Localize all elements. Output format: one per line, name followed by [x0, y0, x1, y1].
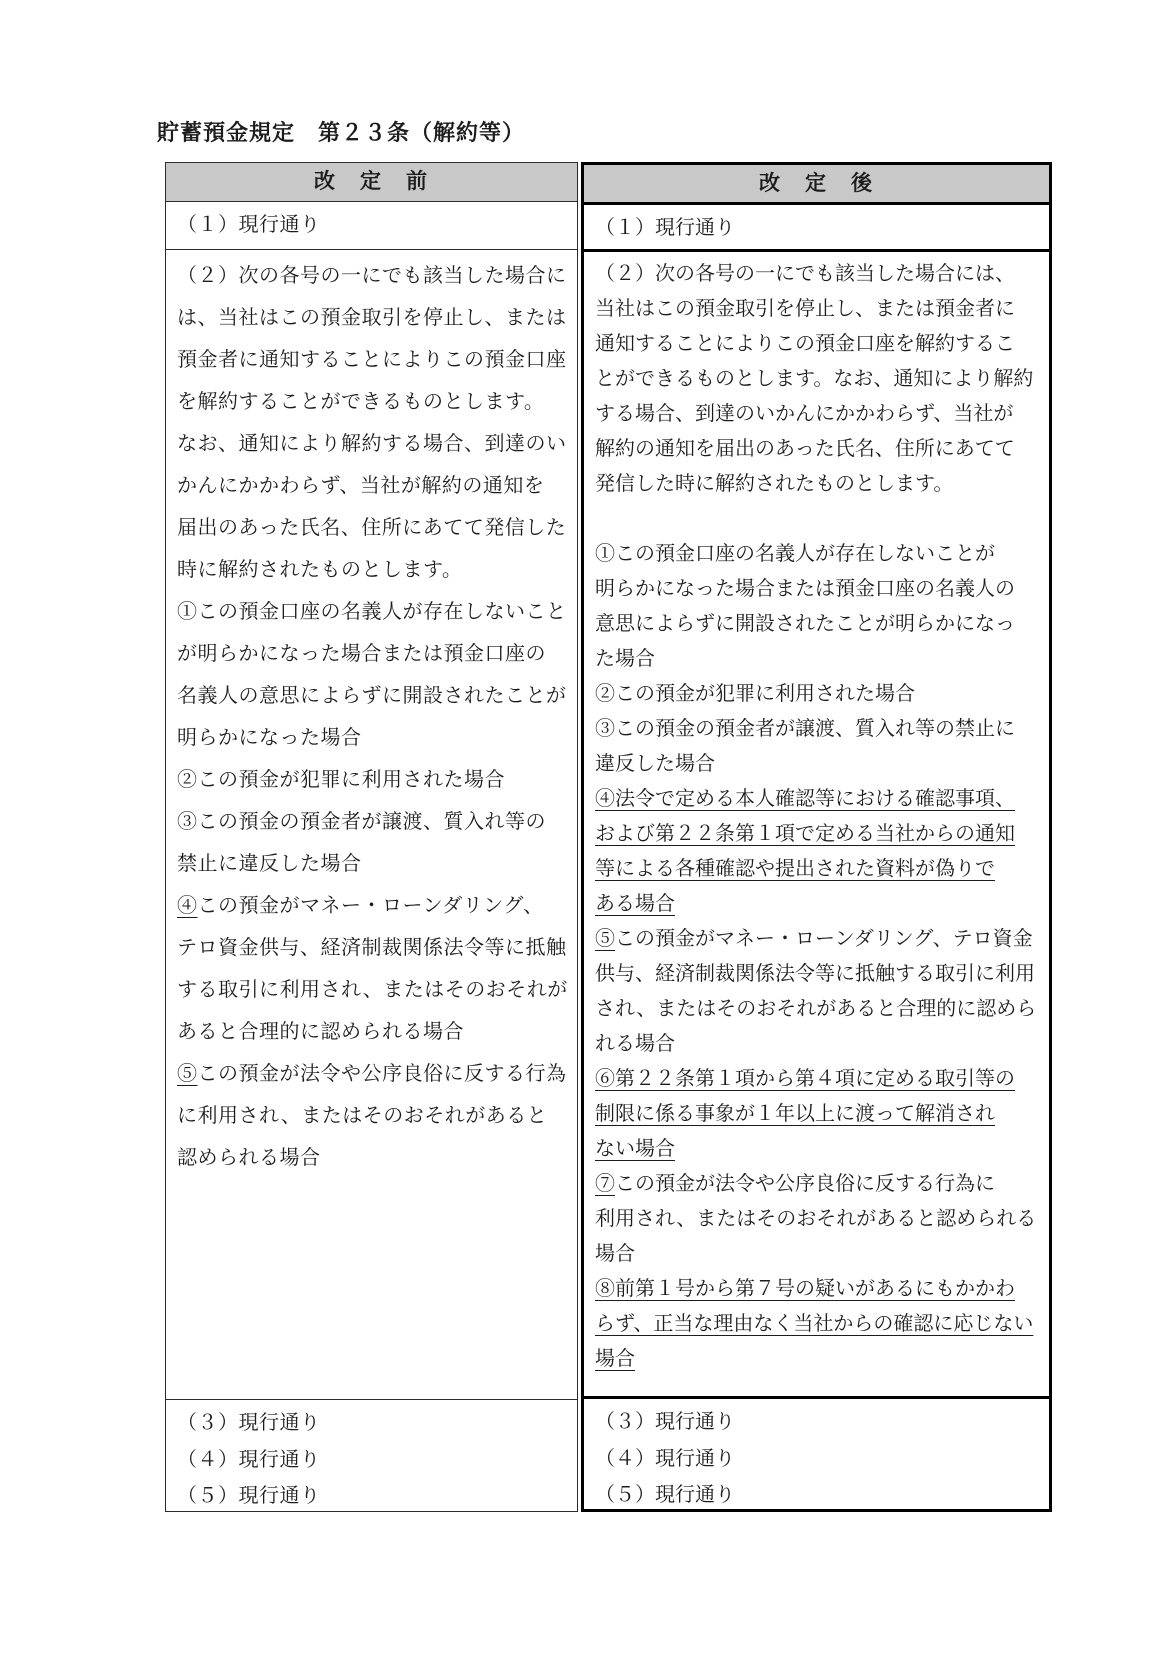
text-segment: 預金者に通知することによりこの預金口座 [177, 349, 567, 371]
text-segment: （２）次の各号の一にでも該当した場合には、 [595, 263, 1015, 285]
text-line: 違反した場合 [595, 747, 1041, 782]
text-line: する場合、到達のいかんにかかわらず、当社が [595, 397, 1041, 432]
text-line: ある場合 [595, 887, 1041, 922]
text-line: 時に解約されたものとします。 [177, 549, 569, 591]
text-line: 制限に係る事象が１年以上に渡って解消され [595, 1097, 1041, 1132]
text-segment: ①この預金口座の名義人が存在しないこと [177, 601, 567, 623]
text-segment: テロ資金供与、経済制裁関係法令等に抵触 [177, 937, 567, 959]
underlined-text-segment: ④ [177, 895, 198, 917]
text-segment: する取引に利用され、またはそのおそれが [177, 979, 568, 1001]
column-after-revision: 改 定 後 （１）現行通り （２）次の各号の一にでも該当した場合には、当社はこの… [581, 162, 1052, 1512]
text-line: する取引に利用され、またはそのおそれが [177, 969, 569, 1011]
text-line: 明らかになった場合または預金口座の名義人の [595, 572, 1041, 607]
text-segment: 供与、経済制裁関係法令等に抵触する取引に利用 [595, 963, 1035, 985]
text-line: 供与、経済制裁関係法令等に抵触する取引に利用 [595, 957, 1041, 992]
text-segment: 明らかになった場合 [177, 727, 362, 749]
text-segment: 発信した時に解約されたものとします。 [595, 473, 953, 495]
text-segment: 通知することによりこの預金口座を解約するこ [595, 333, 1015, 355]
text-segment: ③この預金の預金者が譲渡、質入れ等の禁止に [595, 718, 1015, 740]
underlined-text-segment: ⑥第２２条第１項から第４項に定める取引等の [595, 1068, 1015, 1090]
text-line: 届出のあった氏名、住所にあてて発信した [177, 507, 569, 549]
text-line: 発信した時に解約されたものとします。 [595, 467, 1041, 502]
revision-comparison-table: 改 定 前 （１）現行通り （２）次の各号の一にでも該当した場合には、当社はこの… [165, 162, 1170, 1512]
text-segment: （４）現行通り [595, 1448, 735, 1470]
underlined-text-segment: ⑧前第１号から第７号の疑いがあるにもかかわ [595, 1278, 1015, 1300]
text-line: ③この預金の預金者が譲渡、質入れ等の禁止に [595, 712, 1041, 747]
text-line: 利用され、またはそのおそれがあると認められる [595, 1202, 1041, 1237]
text-segment: ②この預金が犯罪に利用された場合 [595, 683, 915, 705]
text-segment: この預金がマネー・ローンダリング、 [198, 895, 544, 917]
text-line: 明らかになった場合 [177, 717, 569, 759]
text-line: 名義人の意思によらずに開設されたことが [177, 675, 569, 717]
text-line: ない場合 [595, 1132, 1041, 1167]
text-line: ③この預金の預金者が譲渡、質入れ等の [177, 801, 569, 843]
text-line: なお、通知により解約する場合、到達のい [177, 423, 569, 465]
text-segment: 名義人の意思によらずに開設されたことが [177, 685, 567, 707]
text-line: 認められる場合 [177, 1137, 569, 1179]
text-segment: 明らかになった場合または預金口座の名義人の [595, 578, 1015, 600]
text-line: （５）現行通り [177, 1478, 569, 1511]
text-segment: （１）現行通り [177, 214, 321, 236]
text-segment: 禁止に違反した場合 [177, 853, 362, 875]
text-line: テロ資金供与、経済制裁関係法令等に抵触 [177, 927, 569, 969]
text-segment: （３）現行通り [177, 1412, 321, 1434]
text-segment: れる場合 [595, 1033, 675, 1055]
text-line: 通知することによりこの預金口座を解約するこ [595, 327, 1041, 362]
text-segment: 利用され、またはそのおそれがあると認められる [595, 1208, 1036, 1230]
text-line: に利用され、またはそのおそれがあると [177, 1095, 569, 1137]
text-segment: なお、通知により解約する場合、到達のい [177, 433, 567, 455]
text-line: ⑤この預金が法令や公序良俗に反する行為 [177, 1053, 569, 1095]
text-segment: とができるものとします。なお、通知により解約 [595, 368, 1033, 390]
text-line: ①この預金口座の名義人が存在しないこと [177, 591, 569, 633]
text-segment: （３）現行通り [595, 1411, 735, 1433]
column-before-revision: 改 定 前 （１）現行通り （２）次の各号の一にでも該当した場合には、当社はこの… [165, 162, 578, 1512]
text-segment: 意思によらずに開設されたことが明らかになっ [595, 613, 1015, 635]
text-segment: 場合 [595, 1243, 635, 1265]
text-segment: 届出のあった氏名、住所にあてて発信した [177, 517, 566, 539]
text-line: た場合 [595, 642, 1041, 677]
text-line: 意思によらずに開設されたことが明らかになっ [595, 607, 1041, 642]
text-line: ④法令で定める本人確認等における確認事項、 [595, 782, 1041, 817]
text-segment: この預金が法令や公序良俗に反する行為 [198, 1063, 567, 1085]
text-segment: を解約することができるものとします。 [177, 391, 544, 413]
text-line: ①この預金口座の名義人が存在しないことが [595, 537, 1041, 572]
text-line: が明らかになった場合または預金口座の [177, 633, 569, 675]
underlined-text-segment: 等による各種確認や提出された資料が偽りで [595, 858, 995, 880]
text-segment: 違反した場合 [595, 753, 715, 775]
text-line: （４）現行通り [595, 1441, 1041, 1478]
text-segment: あると合理的に認められる場合 [177, 1021, 464, 1043]
text-line: 場合 [595, 1237, 1041, 1272]
text-line [595, 502, 1041, 537]
text-line: ④この預金がマネー・ローンダリング、 [177, 885, 569, 927]
underlined-text-segment: ⑤ [177, 1063, 198, 1085]
cell-before-row2: （２）次の各号の一にでも該当した場合には、当社はこの預金取引を停止し、または預金… [166, 249, 577, 1399]
text-line: は、当社はこの預金取引を停止し、または [177, 297, 569, 339]
text-segment: この預金がマネー・ローンダリング、テロ資金 [615, 928, 1033, 950]
underlined-text-segment: ④法令で定める本人確認等における確認事項、 [595, 788, 1015, 810]
text-segment: ①この預金口座の名義人が存在しないことが [595, 543, 995, 565]
text-line: ⑥第２２条第１項から第４項に定める取引等の [595, 1062, 1041, 1097]
text-line: （１）現行通り [595, 210, 1041, 246]
text-line: とができるものとします。なお、通知により解約 [595, 362, 1041, 397]
cell-before-row1: （１）現行通り [166, 201, 577, 249]
text-segment: 時に解約されたものとします。 [177, 559, 462, 581]
text-segment: 認められる場合 [177, 1147, 321, 1169]
text-line: を解約することができるものとします。 [177, 381, 569, 423]
text-line: （２）次の各号の一にでも該当した場合には、 [595, 257, 1041, 292]
text-line: （３）現行通り [595, 1404, 1041, 1441]
text-line: 解約の通知を届出のあった氏名、住所にあてて [595, 432, 1041, 467]
column-header-after: 改 定 後 [584, 165, 1049, 202]
text-segment: この預金が法令や公序良俗に反する行為に [615, 1173, 995, 1195]
text-segment: （５）現行通り [595, 1484, 735, 1503]
text-segment: が明らかになった場合または預金口座の [177, 643, 546, 665]
text-line: ⑤この預金がマネー・ローンダリング、テロ資金 [595, 922, 1041, 957]
text-line: 等による各種確認や提出された資料が偽りで [595, 852, 1041, 887]
text-line: および第２２条第１項で定める当社からの通知 [595, 817, 1041, 852]
text-line: 場合 [595, 1342, 1041, 1377]
text-line: （１）現行通り [177, 207, 569, 243]
text-segment: ③この預金の預金者が譲渡、質入れ等の [177, 811, 546, 833]
underlined-text-segment: ⑦ [595, 1173, 615, 1195]
text-line: （４）現行通り [177, 1442, 569, 1479]
text-segment: され、またはそのおそれがあると合理的に認めら [595, 998, 1036, 1020]
text-line: 当社はこの預金取引を停止し、または預金者に [595, 292, 1041, 327]
cell-after-row1: （１）現行通り [584, 202, 1049, 249]
text-line: ②この預金が犯罪に利用された場合 [177, 759, 569, 801]
text-segment: ②この預金が犯罪に利用された場合 [177, 769, 505, 791]
text-line: ⑧前第１号から第７号の疑いがあるにもかかわ [595, 1272, 1041, 1307]
underlined-text-segment: 場合 [595, 1348, 635, 1370]
text-segment: 当社はこの預金取引を停止し、または預金者に [595, 298, 1015, 320]
text-line: あると合理的に認められる場合 [177, 1011, 569, 1053]
text-segment: かんにかかわらず、当社が解約の通知を [177, 475, 544, 497]
text-segment: 解約の通知を届出のあった氏名、住所にあてて [595, 438, 1015, 460]
text-segment: （４）現行通り [177, 1449, 321, 1471]
text-line: かんにかかわらず、当社が解約の通知を [177, 465, 569, 507]
underlined-text-segment: ある場合 [595, 893, 675, 915]
text-line: （５）現行通り [595, 1477, 1041, 1503]
text-line: ②この預金が犯罪に利用された場合 [595, 677, 1041, 712]
text-line: （２）次の各号の一にでも該当した場合に [177, 255, 569, 297]
text-segment: （５）現行通り [177, 1485, 321, 1507]
underlined-text-segment: ⑤ [595, 928, 615, 950]
document-page: 貯蓄預金規定 第２３条（解約等） 改 定 前 （１）現行通り （２）次の各号の一… [0, 0, 1170, 1653]
text-segment: た場合 [595, 648, 655, 670]
underlined-text-segment: 制限に係る事象が１年以上に渡って解消され [595, 1103, 995, 1125]
underlined-text-segment: ない場合 [595, 1138, 675, 1160]
text-line: ⑦この預金が法令や公序良俗に反する行為に [595, 1167, 1041, 1202]
text-line: され、またはそのおそれがあると合理的に認めら [595, 992, 1041, 1027]
text-segment: する場合、到達のいかんにかかわらず、当社が [595, 403, 1013, 425]
text-segment: に利用され、またはそのおそれがあると [177, 1105, 547, 1127]
text-segment: （１）現行通り [595, 217, 735, 239]
text-line: らず、正当な理由なく当社からの確認に応じない [595, 1307, 1041, 1342]
underlined-text-segment: および第２２条第１項で定める当社からの通知 [595, 823, 1015, 845]
text-line: 禁止に違反した場合 [177, 843, 569, 885]
cell-after-row2: （２）次の各号の一にでも該当した場合には、当社はこの預金取引を停止し、または預金… [584, 249, 1049, 1396]
text-segment: は、当社はこの預金取引を停止し、または [177, 307, 567, 329]
text-line: （３）現行通り [177, 1405, 569, 1442]
cell-before-row3: （３）現行通り（４）現行通り（５）現行通り [166, 1399, 577, 1511]
text-segment: （２）次の各号の一にでも該当した場合に [177, 265, 567, 287]
text-line: れる場合 [595, 1027, 1041, 1062]
underlined-text-segment: らず、正当な理由なく当社からの確認に応じない [595, 1313, 1033, 1335]
cell-after-row3: （３）現行通り（４）現行通り（５）現行通り [584, 1396, 1049, 1503]
document-title: 貯蓄預金規定 第２３条（解約等） [157, 116, 1170, 147]
text-line: 預金者に通知することによりこの預金口座 [177, 339, 569, 381]
column-header-before: 改 定 前 [166, 163, 577, 201]
